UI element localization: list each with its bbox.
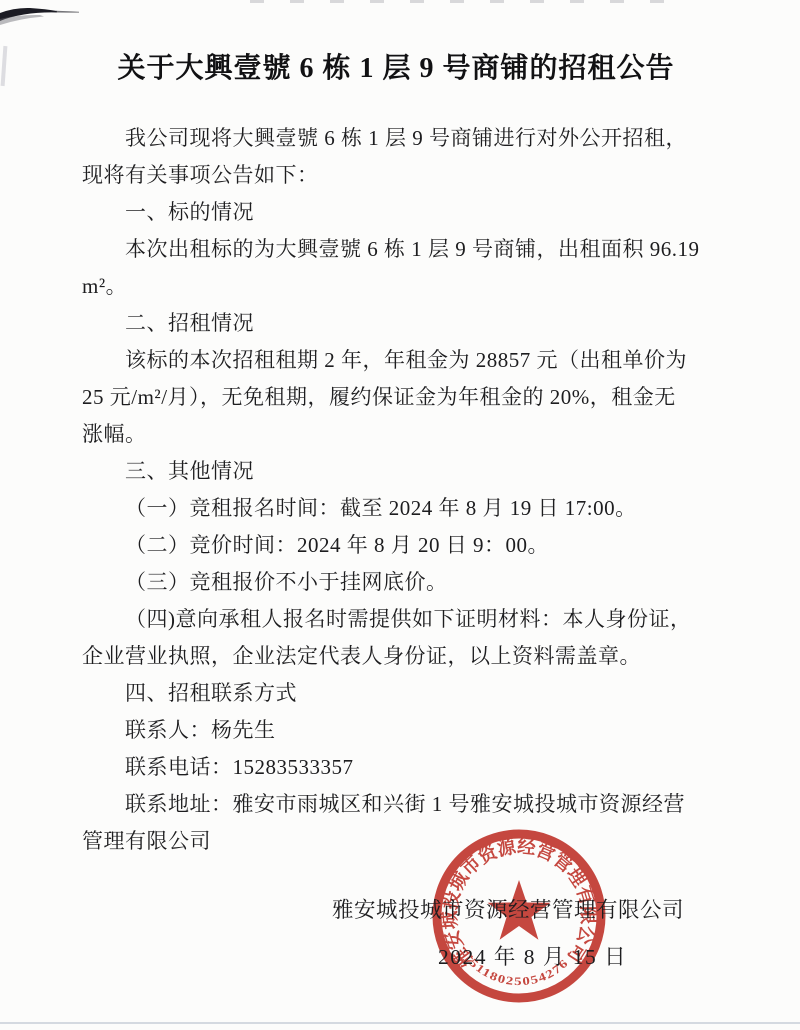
- document-line: 一、标的情况: [82, 194, 722, 231]
- document-line: 联系电话：15283533357: [82, 749, 722, 786]
- document-line: 现将有关事项公告如下：: [82, 157, 722, 194]
- notice-title: 关于大興壹號 6 栋 1 层 9 号商铺的招租公告: [82, 46, 710, 86]
- document-line: 联系人：杨先生: [82, 712, 722, 749]
- document-line: （三）竞租报价不小于挂网底价。: [82, 564, 722, 601]
- page-bottom-edge-line: [0, 1022, 800, 1024]
- document-line: （一）竞租报名时间：截至 2024 年 8 月 19 日 17:00。: [82, 490, 722, 527]
- document-line: 企业营业执照，企业法定代表人身份证，以上资料需盖章。: [82, 638, 722, 675]
- smudge-tail: [56, 11, 79, 13]
- document-line: 管理有限公司: [82, 823, 722, 860]
- scanned-notice-page: 关于大興壹號 6 栋 1 层 9 号商铺的招租公告 我公司现将大興壹號 6 栋 …: [0, 0, 800, 1030]
- left-edge-scan-mark: [1, 46, 8, 86]
- document-line: 25 元/m²/月），无免租期，履约保证金为年租金的 20%，租金无: [82, 379, 722, 416]
- document-line: （二）竞价时间：2024 年 8 月 20 日 9：00。: [82, 527, 722, 564]
- document-line: 我公司现将大興壹號 6 栋 1 层 9 号商铺进行对外公开招租，: [82, 120, 722, 157]
- document-line: 二、招租情况: [82, 305, 722, 342]
- document-line: （四)意向承租人报名时需提供如下证明材料：本人身份证，: [82, 601, 722, 638]
- document-line: 三、其他情况: [82, 453, 722, 490]
- document-line: 本次出租标的为大興壹號 6 栋 1 层 9 号商铺，出租面积 96.19: [82, 231, 722, 268]
- document-line: 联系地址：雅安市雨城区和兴街 1 号雅安城投城市资源经营: [82, 786, 722, 823]
- signature-company-name: 雅安城投城市资源经营管理有限公司: [332, 893, 684, 924]
- signature-date: 2024 年 8 月 15 日: [438, 940, 627, 971]
- document-lines: 我公司现将大興壹號 6 栋 1 层 9 号商铺进行对外公开招租，现将有关事项公告…: [82, 120, 722, 860]
- top-edge-scan-specks: [250, 0, 670, 3]
- scan-smudge-artifact: [0, 0, 120, 40]
- document-line: m²。: [82, 268, 722, 305]
- document-line: 该标的本次招租租期 2 年，年租金为 28857 元（出租单价为: [82, 342, 722, 379]
- document-line: 涨幅。: [82, 416, 722, 453]
- document-line: 四、招租联系方式: [82, 675, 722, 712]
